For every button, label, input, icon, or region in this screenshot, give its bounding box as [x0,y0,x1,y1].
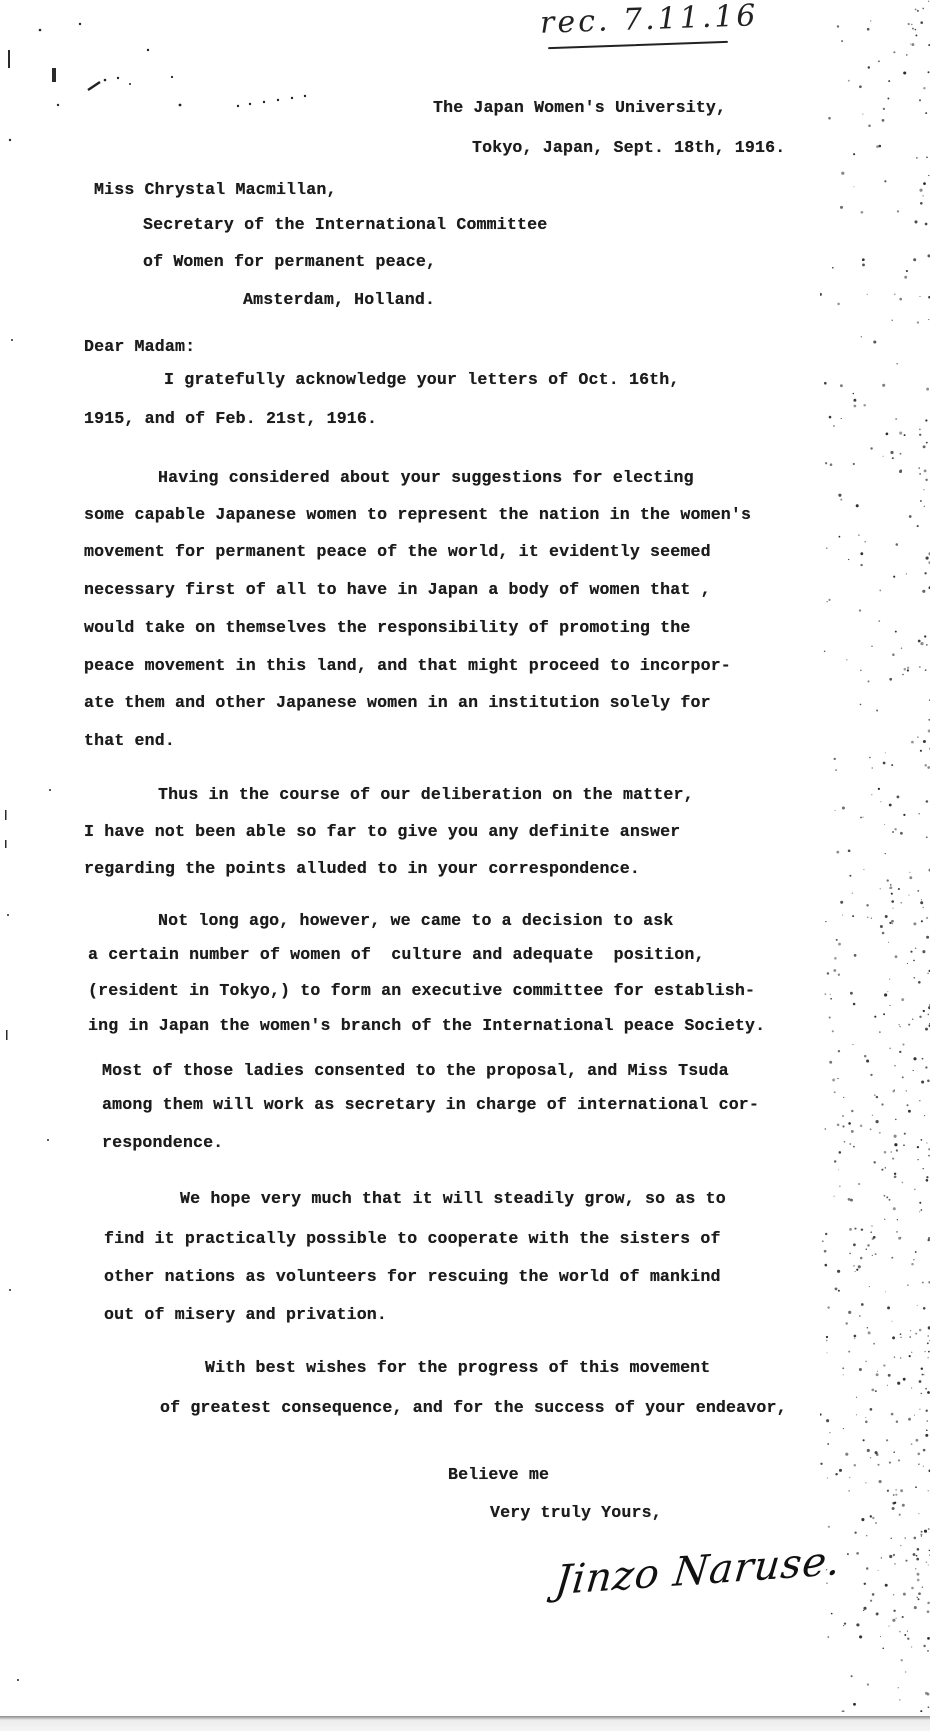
paragraph-6-line: other nations as volunteers for rescuing… [104,1267,721,1287]
letter-page: rec. 7.11.16 The Japan Women's Universit… [0,0,930,1712]
annotation-underline [548,41,728,49]
recipient-title-line2: of Women for permanent peace, [143,252,436,272]
salutation: Dear Madam: [84,337,195,357]
recipient-title-line1: Secretary of the International Committee [143,215,547,235]
closing-line2: Very truly Yours, [490,1503,662,1523]
scan-speckle-left [0,0,60,1712]
paragraph-2-line: peace movement in this land, and that mi… [84,656,731,676]
paragraph-2-line: ate them and other Japanese women in an … [84,693,711,713]
institution-line: The Japan Women's University, [433,98,726,118]
page-bottom-edge [0,1716,930,1731]
paragraph-2-line: necessary first of all to have in Japan … [84,580,711,600]
paragraph-7-line: With best wishes for the progress of thi… [205,1358,710,1378]
paragraph-4-line: ing in Japan the women's branch of the I… [88,1016,765,1036]
recipient-name: Miss Chrystal Macmillan, [94,180,337,200]
paragraph-6-line: We hope very much that it will steadily … [180,1189,726,1209]
paragraph-6-line: out of misery and privation. [104,1305,387,1325]
paragraph-2-line: some capable Japanese women to represent… [84,505,751,525]
recipient-location: Amsterdam, Holland. [243,290,435,310]
paragraph-2-line: that end. [84,731,175,751]
paragraph-4-line: Not long ago, however, we came to a deci… [158,911,674,931]
paragraph-4-line: a certain number of women of culture and… [88,945,705,965]
paragraph-3-line: regarding the points alluded to in your … [84,859,640,879]
paragraph-2-line: movement for permanent peace of the worl… [84,542,711,562]
paragraph-1-line: I gratefully acknowledge your letters of… [164,370,680,390]
closing-line1: Believe me [448,1465,549,1485]
scan-speckle-right [820,0,930,1712]
paragraph-6-line: find it practically possible to cooperat… [104,1229,721,1249]
paragraph-4-line: (resident in Tokyo,) to form an executiv… [88,981,755,1001]
place-date-line: Tokyo, Japan, Sept. 18th, 1916. [472,138,785,158]
scan-marks-top-left [60,20,320,120]
paragraph-3-line: Thus in the course of our deliberation o… [158,785,694,805]
paragraph-5-line: among them will work as secretary in cha… [102,1095,759,1115]
paragraph-3-line: I have not been able so far to give you … [84,822,680,842]
paragraph-1-line: 1915, and of Feb. 21st, 1916. [84,409,377,429]
paragraph-5-line: respondence. [102,1133,223,1153]
paragraph-7-line: of greatest consequence, and for the suc… [160,1398,787,1418]
received-annotation: rec. 7.11.16 [539,0,759,41]
paragraph-5-line: Most of those ladies consented to the pr… [102,1061,729,1081]
paragraph-2-line: Having considered about your suggestions… [158,468,694,488]
signature: Jinzo Naruse. [553,1538,843,1604]
paragraph-2-line: would take on themselves the responsibil… [84,618,690,638]
